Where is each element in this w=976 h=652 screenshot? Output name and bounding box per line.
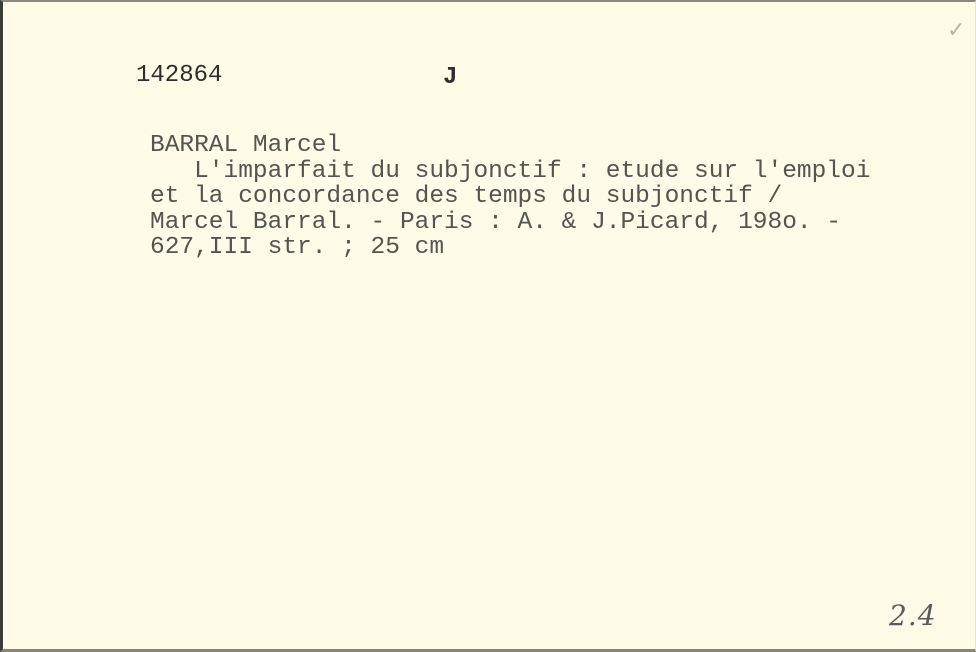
handwritten-shelf-note: 2.4	[889, 599, 937, 632]
title-line-1: L'imparfait du subjonctif : etude sur l'…	[150, 159, 870, 185]
call-number: 142864	[136, 64, 222, 88]
location-code: J	[443, 66, 457, 90]
physical-description: 627,III str. ; 25 cm	[150, 235, 870, 261]
title-line-2: et la concordance des temps du subjoncti…	[150, 184, 870, 210]
bibliographic-entry: BARRAL Marcel L'imparfait du subjonctif …	[150, 133, 870, 261]
catalog-card: 142864 J BARRAL Marcel L'imparfait du su…	[0, 0, 976, 652]
publication-line: Marcel Barral. - Paris : A. & J.Picard, …	[150, 210, 870, 236]
check-mark-icon: ✓	[947, 18, 965, 43]
author-heading: BARRAL Marcel	[150, 133, 870, 159]
